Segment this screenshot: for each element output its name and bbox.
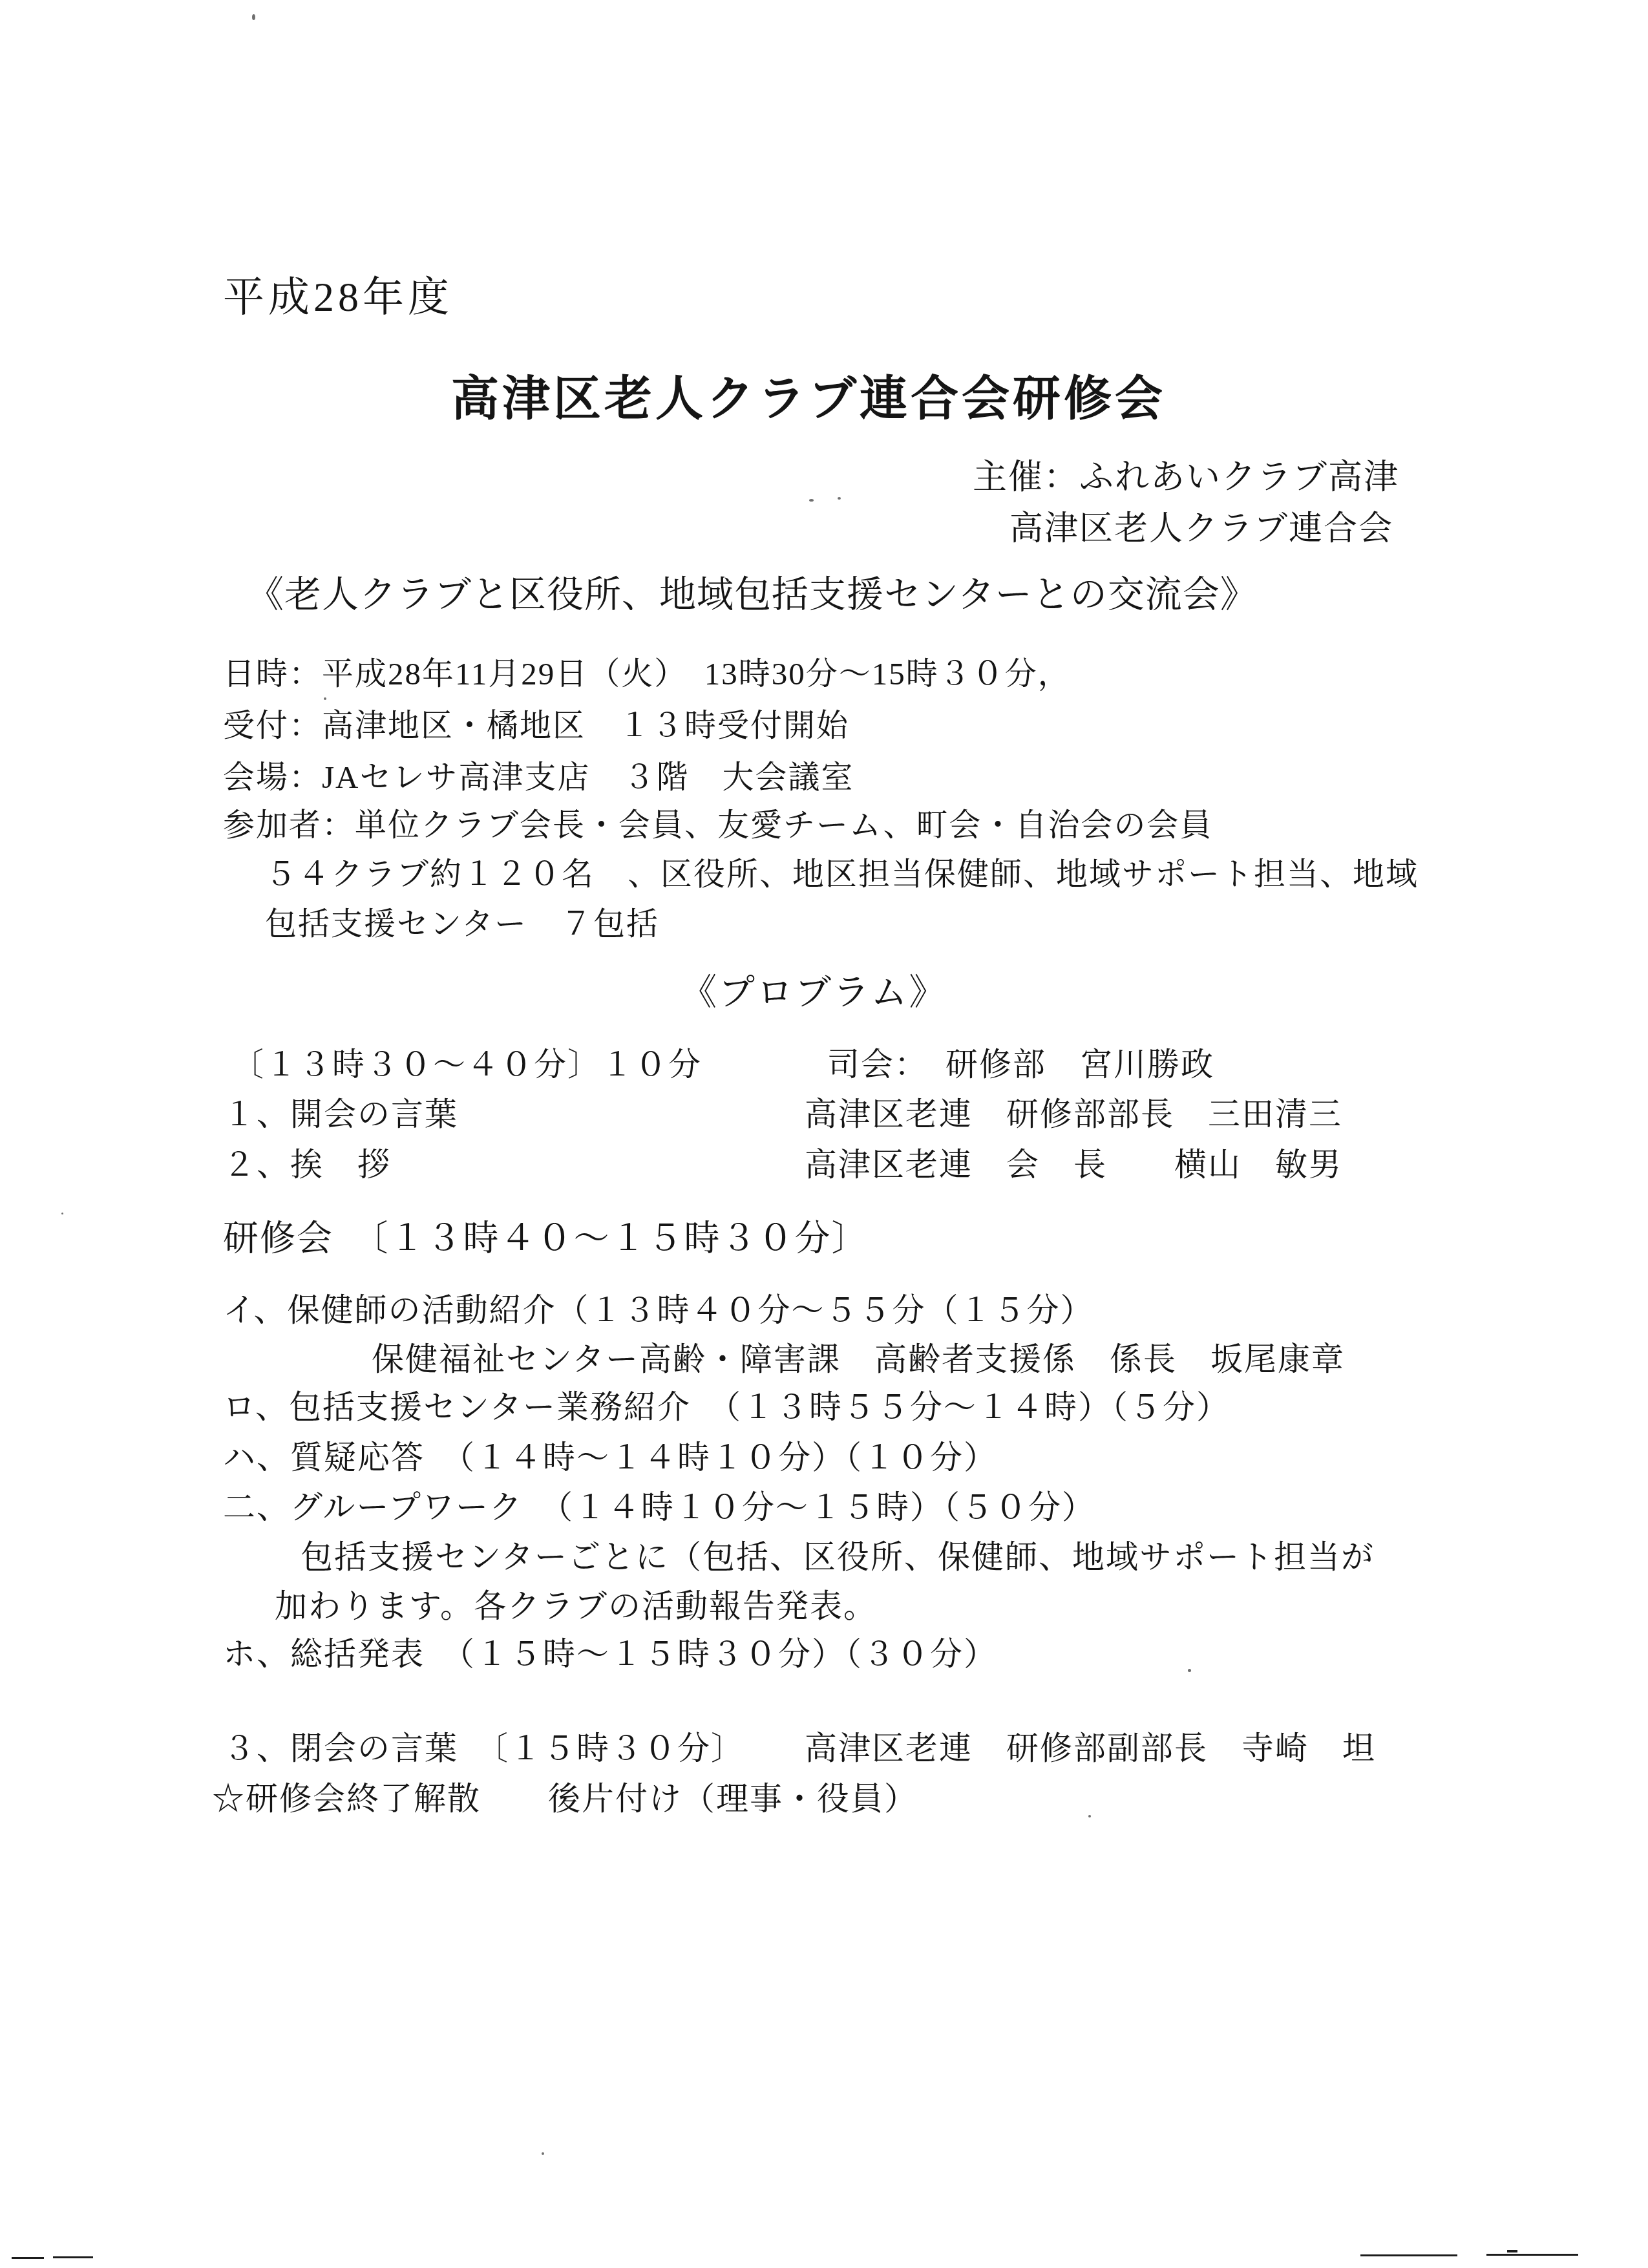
seminar-item-ni: 二、グループワーク （１４時１０分～１５時）（５０分） [223,1490,1095,1525]
scan-line-artifact [1360,2254,1457,2256]
scan-speck [838,497,841,500]
seminar-item-ni-note-1: 包括支援センターごとに（包括、区役所、保健師、地域サポート担当が [301,1540,1375,1575]
scan-speck [252,14,255,20]
seminar-item-ha: ハ、質疑応答 （１４時～１４時１０分）（１０分） [223,1440,997,1476]
detail-datetime: 日時：平成28年11月29日（火） 13時30分～15時３０分， [223,657,1071,692]
program-item-2-speaker: 高津区老連 会 長 横山 敏男 [805,1147,1342,1183]
scan-speck [1088,1815,1091,1818]
seminar-section-heading: 研修会 〔１３時４０～１５時３０分〕 [223,1219,869,1258]
scan-line-artifact [1486,2254,1578,2256]
detail-venue: 会場：JAセレサ高津支店 ３階 大会議室 [223,760,854,795]
program-item-1: １、開会の言葉 [223,1097,458,1132]
organizer-line-1: 主催：ふれあいクラブ高津 [973,459,1399,496]
seminar-item-i: イ、保健師の活動紹介（１３時４０分～５５分（１５分） [223,1293,1094,1328]
program-section-header: 《プロブラム》 [681,973,947,1013]
seminar-item-ro: ロ、包括支援センター業務紹介 （１３時５５分～１４時）（５分） [223,1390,1230,1425]
closing-note: ☆研修会終了解散 後片付け（理事・役員） [212,1781,918,1817]
document-title: 高津区老人クラブ連合会研修会 [451,374,1166,426]
opening-time-slot: 〔１３時３０～４０分〕１０分 [231,1047,702,1083]
detail-support-centers: 包括支援センター ７包括 [265,907,659,942]
seminar-item-ni-note-2: 加わります。各クラブの活動報告発表。 [275,1589,877,1624]
scan-speck [1188,1669,1191,1672]
seminar-item-ho: ホ、総括発表 （１５時～１５時３０分）（３０分） [223,1637,997,1672]
closing-item-3: ３、閉会の言葉 〔１５時３０分〕 [223,1731,745,1766]
scan-speck [542,2152,544,2155]
scanned-document-page: 平成28年度 高津区老人クラブ連合会研修会 主催：ふれあいクラブ高津 高津区老人… [0,0,1648,2268]
closing-item-3-speaker: 高津区老連 研修部副部長 寺崎 坦 [805,1731,1376,1766]
seminar-item-i-speaker: 保健福祉センター高齢・障害課 高齢者支援係 係長 坂尾康章 [372,1342,1345,1377]
event-subtitle: 《老人クラブと区役所、地域包括支援センターとの交流会》 [247,575,1258,616]
detail-participants-count: ５４クラブ約１２０名 、区役所、地区担当保健師、地域サポート担当、地域 [265,857,1419,892]
program-item-2: ２、挨 拶 [223,1147,391,1183]
scan-speck [324,697,326,700]
organizer-line-2: 高津区老人クラブ連合会 [1009,511,1393,547]
scan-line-artifact [53,2256,93,2258]
detail-reception: 受付：高津地区・橘地区 １３時受付開始 [223,708,849,743]
fiscal-year-label: 平成28年度 [223,275,453,320]
scan-speck [61,1213,63,1214]
scan-line-artifact [1507,2250,1517,2252]
opening-mc: 司会： 研修部 宮川勝政 [827,1047,1214,1083]
scan-speck [809,499,814,502]
program-item-1-speaker: 高津区老連 研修部部長 三田清三 [805,1097,1342,1132]
scan-line-artifact [12,2257,44,2259]
detail-participants: 参加者：単位クラブ会長・会員、友愛チーム、町会・自治会の会員 [223,808,1212,843]
